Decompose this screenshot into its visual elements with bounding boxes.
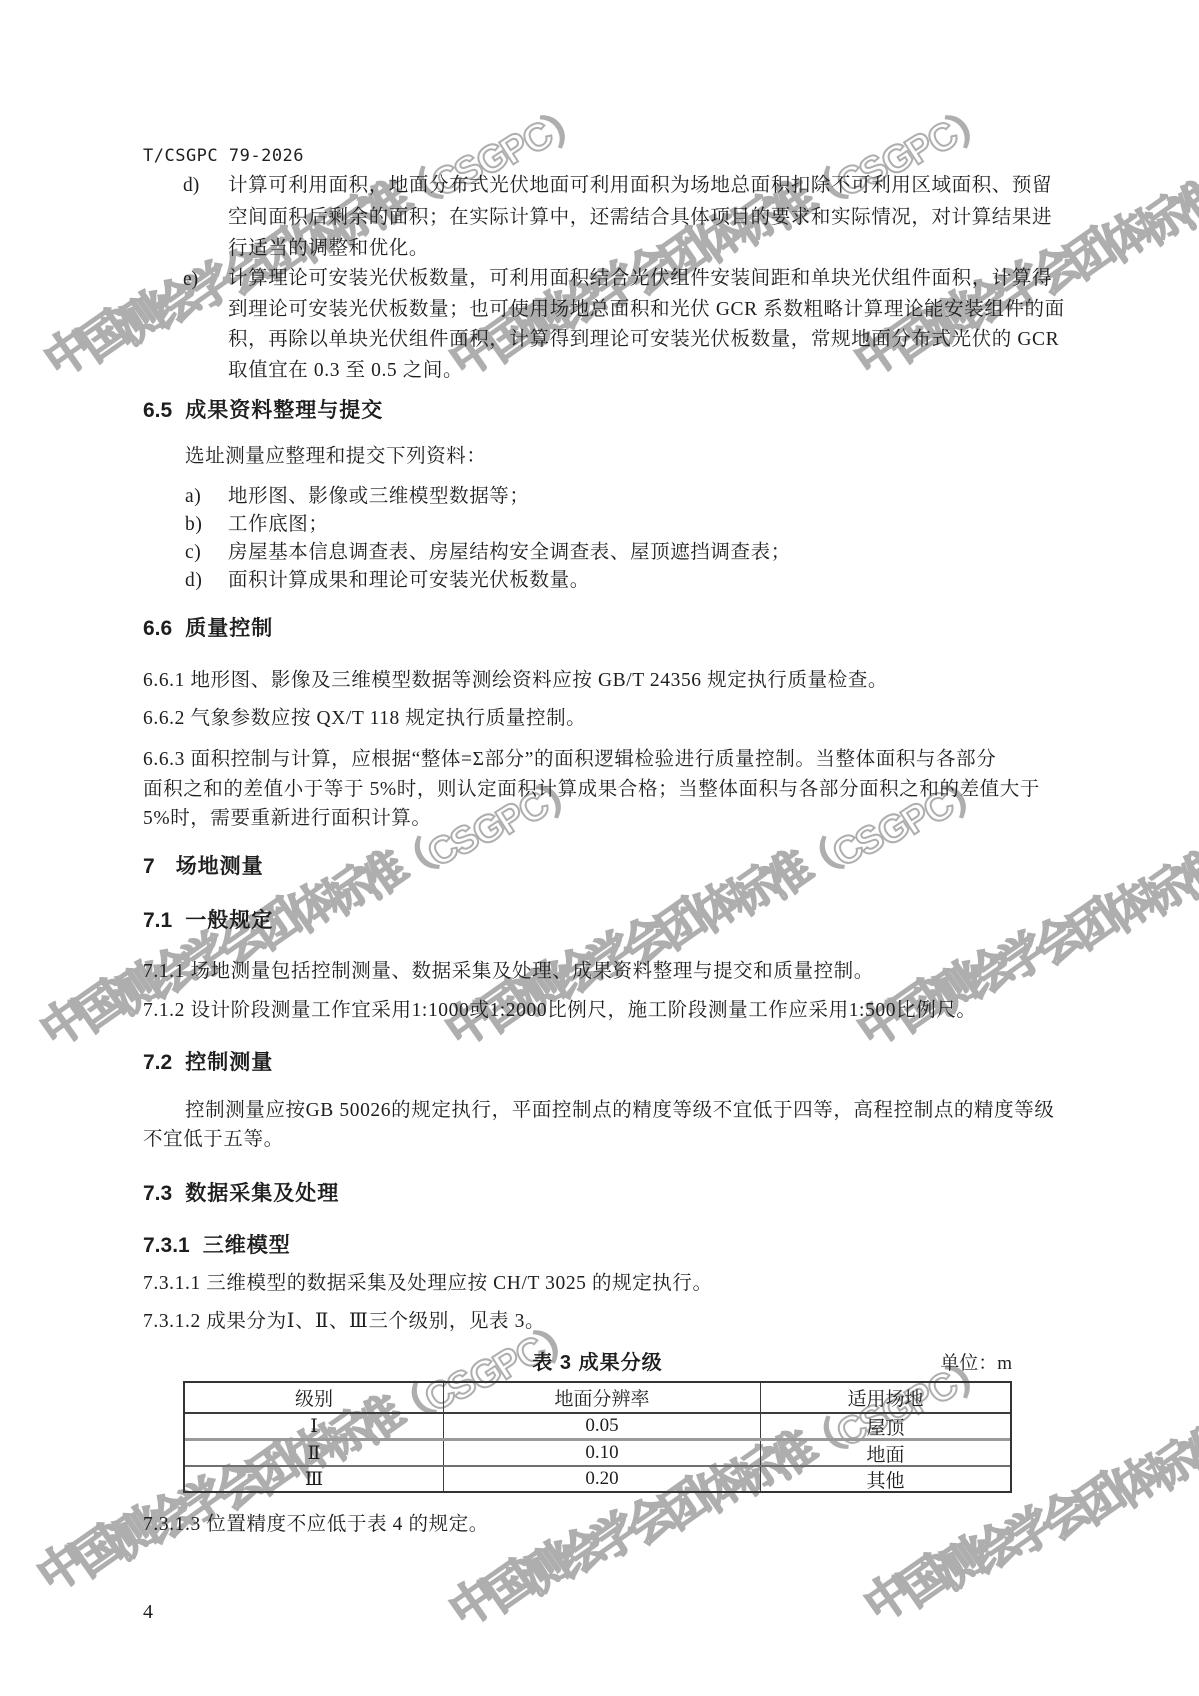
table-cell: 0.10: [443, 1441, 760, 1465]
text-line: 不宜低于五等。: [143, 1126, 1054, 1155]
clause-6-6-3: 6.6.3 面积控制与计算，应根据“整体=Σ部分”的面积逻辑检验进行质量控制。当…: [143, 745, 1040, 834]
page-number: 4: [143, 1601, 153, 1624]
clause-7-3-1-3: 7.3.1.3 位置精度不应低于表 4 的规定。: [143, 1508, 489, 1536]
text-line: 计算可利用面积，地面分布式光伏地面可利用面积为场地总面积扣除不可利用区域面积、预…: [228, 170, 1052, 202]
section-heading-7-3-1: 7.3.1三维模型: [143, 1229, 291, 1259]
text-line: 到理论可安装光伏板数量；也可使用场地总面积和光伏 GCR 系数粗略计算理论能安装…: [228, 295, 1065, 326]
table-cell: Ⅰ: [185, 1414, 443, 1438]
section-number: 6.5: [143, 399, 172, 422]
list-text: 计算理论可安装光伏板数量，可利用面积结合光伏组件安装间距和单块光伏组件面积，计算…: [228, 264, 1065, 386]
section-title: 数据采集及处理: [185, 1182, 339, 1205]
table-3: 级别地面分辨率适用场地 Ⅰ0.05屋顶Ⅱ0.10地面Ⅲ0.20其他: [183, 1381, 1012, 1493]
table-cell: Ⅱ: [185, 1441, 443, 1465]
section-title: 场地测量: [176, 855, 264, 878]
table-cell: Ⅲ: [185, 1467, 443, 1491]
section-number: 7.3.1: [143, 1234, 190, 1257]
list-item-c: c)房屋基本信息调查表、房屋结构安全调查表、屋顶遮挡调查表；: [185, 536, 791, 564]
text-line: 控制测量应按GB 50026的规定执行，平面控制点的精度等级不宜低于四等，高程控…: [143, 1097, 1054, 1126]
paragraph-7-2: 控制测量应按GB 50026的规定执行，平面控制点的精度等级不宜低于四等，高程控…: [143, 1097, 1054, 1154]
table-cell: 0.05: [443, 1414, 760, 1438]
section-number: 7.3: [143, 1182, 172, 1205]
table-cell: 0.20: [443, 1467, 760, 1491]
list-label: d): [183, 170, 199, 202]
text-line: 6.6.3 面积控制与计算，应根据“整体=Σ部分”的面积逻辑检验进行质量控制。当…: [143, 745, 1040, 775]
section-title: 质量控制: [185, 617, 273, 640]
table-row: Ⅲ0.20其他: [185, 1465, 1010, 1491]
section-heading-7-1: 7.1一般规定: [143, 904, 273, 934]
section-heading-6-5: 6.5成果资料整理与提交: [143, 394, 383, 424]
table-header-cell: 级别: [185, 1383, 443, 1412]
clause-6-6-2: 6.6.2 气象参数应按 QX/T 118 规定执行质量控制。: [143, 702, 586, 730]
list-label: e): [183, 264, 198, 296]
text-line: 面积之和的差值小于等于 5%时，则认定面积计算成果合格；当整体面积与各部分面积之…: [143, 775, 1040, 805]
text-line: 5%时，需要重新进行面积计算。: [143, 804, 1040, 834]
table-cell: 其他: [760, 1467, 1010, 1491]
text-line: 空间面积后剩余的面积；在实际计算中，还需结合具体项目的要求和实际情况，对计算结果…: [228, 202, 1052, 234]
section-number: 7.2: [143, 1051, 172, 1074]
table-row: Ⅱ0.10地面: [185, 1438, 1010, 1465]
clause-7-3-1-1: 7.3.1.1 三维模型的数据采集及处理应按 CH/T 3025 的规定执行。: [143, 1267, 713, 1295]
list-item-a: a)地形图、影像或三维模型数据等；: [185, 480, 530, 508]
doc-code: T/CSGPC 79-2026: [143, 146, 304, 166]
list-item-d2: d)面积计算成果和理论可安装光伏板数量。: [185, 564, 590, 592]
list-item-b: b)工作底图；: [185, 508, 329, 536]
section-title: 成果资料整理与提交: [185, 399, 383, 422]
table-unit-label: 单位：m: [183, 1348, 1012, 1375]
section-heading-7-3: 7.3数据采集及处理: [143, 1177, 339, 1207]
list-text: 面积计算成果和理论可安装光伏板数量。: [228, 570, 590, 591]
text-line: 取值宜在 0.3 至 0.5 之间。: [228, 356, 1065, 387]
list-label: d): [185, 570, 228, 592]
text-line: 积，再除以单块光伏组件面积，计算得到理论可安装光伏板数量，常规地面分布式光伏的 …: [228, 325, 1065, 356]
list-text: 工作底图；: [228, 514, 329, 535]
section-heading-7: 7场地测量: [143, 850, 264, 880]
list-label: a): [185, 486, 228, 508]
table-cell: 地面: [760, 1441, 1010, 1465]
table-header-cell: 适用场地: [760, 1383, 1010, 1412]
table-body: Ⅰ0.05屋顶Ⅱ0.10地面Ⅲ0.20其他: [185, 1414, 1010, 1491]
text-line: 计算理论可安装光伏板数量，可利用面积结合光伏组件安装间距和单块光伏组件面积，计算…: [228, 264, 1065, 295]
section-heading-6-6: 6.6质量控制: [143, 612, 273, 642]
list-label: b): [185, 514, 228, 536]
section-title: 三维模型: [203, 1234, 291, 1257]
table-header-row: 级别地面分辨率适用场地: [185, 1383, 1010, 1414]
section-number: 6.6: [143, 617, 172, 640]
section-number: 7.1: [143, 909, 172, 932]
clause-6-6-1: 6.6.1 地形图、影像及三维模型数据等测绘资料应按 GB/T 24356 规定…: [143, 664, 888, 692]
list-text: 计算可利用面积，地面分布式光伏地面可利用面积为场地总面积扣除不可利用区域面积、预…: [228, 170, 1052, 265]
list-text: 房屋基本信息调查表、房屋结构安全调查表、屋顶遮挡调查表；: [228, 542, 791, 563]
document-page: 中国测绘学会团体标准（CSGPC）中国测绘学会团体标准（CSGPC）中国测绘学会…: [0, 0, 1199, 1696]
section-title: 控制测量: [185, 1051, 273, 1074]
list-item-e: e) 计算理论可安装光伏板数量，可利用面积结合光伏组件安装间距和单块光伏组件面积…: [183, 264, 1065, 386]
list-label: c): [185, 542, 228, 564]
clause-7-1-1: 7.1.1 场地测量包括控制测量、数据采集及处理、成果资料整理与提交和质量控制。: [143, 955, 874, 983]
table-cell: 屋顶: [760, 1414, 1010, 1438]
list-text: 地形图、影像或三维模型数据等；: [228, 486, 530, 507]
list-item-d: d) 计算可利用面积，地面分布式光伏地面可利用面积为场地总面积扣除不可利用区域面…: [183, 170, 1052, 265]
section-title: 一般规定: [185, 909, 273, 932]
section-heading-7-2: 7.2控制测量: [143, 1046, 273, 1076]
clause-7-1-2: 7.1.2 设计阶段测量工作宜采用1:1000或1:2000比例尺，施工阶段测量…: [143, 994, 977, 1022]
paragraph-6-5-intro: 选址测量应整理和提交下列资料：: [185, 440, 487, 468]
table-row: Ⅰ0.05屋顶: [185, 1414, 1010, 1438]
table-header-cell: 地面分辨率: [443, 1383, 760, 1412]
clause-7-3-1-2: 7.3.1.2 成果分为Ⅰ、Ⅱ、Ⅲ三个级别，见表 3。: [143, 1305, 545, 1333]
section-number: 7: [143, 855, 155, 878]
text-line: 行适当的调整和优化。: [228, 233, 1052, 265]
